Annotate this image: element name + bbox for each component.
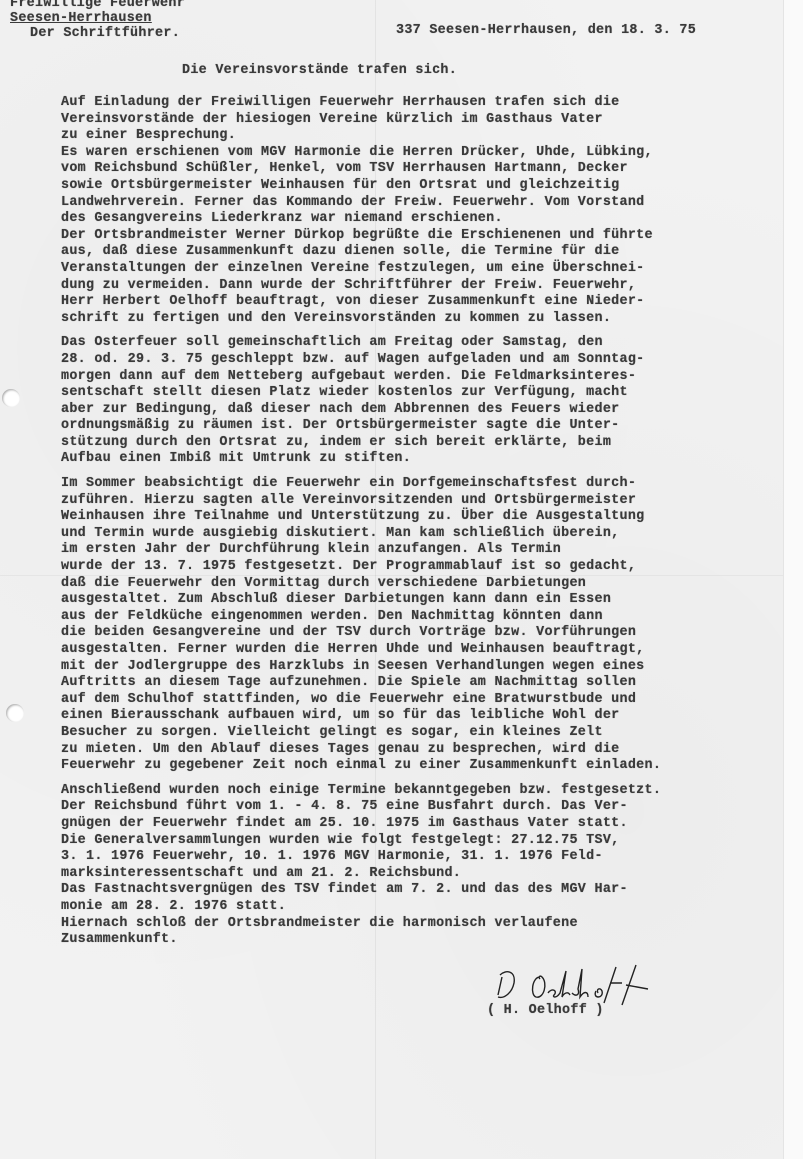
text-line: mit der Jodlergruppe des Harzklubs in Se…: [61, 659, 791, 676]
text-line: und Termin wurde ausgiebig diskutiert. M…: [61, 526, 791, 543]
text-line: gnügen der Feuerwehr findet am 25. 10. 1…: [61, 816, 791, 833]
author-role: Der Schriftführer.: [30, 26, 180, 42]
letter-body: Auf Einladung der Freiwilligen Feuerwehr…: [61, 95, 791, 957]
text-line: sowie Ortsbürgermeister Weinhausen für d…: [61, 178, 791, 195]
text-line: stützung durch den Ortsrat zu, indem er …: [61, 435, 791, 452]
paragraph: Das Osterfeuer soll gemeinschaftlich am …: [61, 335, 791, 468]
text-line: Herr Herbert Oelhoff beauftragt, von die…: [61, 294, 791, 311]
text-line: Weinhausen ihre Teilnahme und Unterstütz…: [61, 509, 791, 526]
paragraph: Im Sommer beabsichtigt die Feuerwehr ein…: [61, 476, 791, 775]
text-line: im ersten Jahr der Durchführung klein an…: [61, 542, 791, 559]
text-line: 28. od. 29. 3. 75 geschleppt bzw. auf Wa…: [61, 352, 791, 369]
text-line: einen Bierausschank aufbauen wird, um so…: [61, 708, 791, 725]
text-line: morgen dann auf dem Netteberg aufgebaut …: [61, 369, 791, 386]
text-line: Auf Einladung der Freiwilligen Feuerwehr…: [61, 95, 791, 112]
text-line: zu mieten. Um den Ablauf dieses Tages ge…: [61, 742, 791, 759]
text-line: Der Reichsbund führt vom 1. - 4. 8. 75 e…: [61, 799, 791, 816]
text-line: aus, daß diese Zusammenkunft dazu dienen…: [61, 244, 791, 261]
text-line: Im Sommer beabsichtigt die Feuerwehr ein…: [61, 476, 791, 493]
text-line: auf dem Schulhof stattfinden, wo die Feu…: [61, 692, 791, 709]
text-line: Landwehrverein. Ferner das Kommando der …: [61, 195, 791, 212]
document-title: Die Vereinsvorstände trafen sich.: [182, 63, 457, 78]
text-line: Der Ortsbrandmeister Werner Dürkop begrü…: [61, 228, 791, 245]
organization-place: Seesen-Herrhausen: [10, 11, 152, 27]
text-line: Das Fastnachtsvergnügen des TSV findet a…: [61, 882, 791, 899]
text-line: aber zur Bedingung, daß dieser nach dem …: [61, 402, 791, 419]
text-line: aus der Feldküche eingenommen werden. De…: [61, 609, 791, 626]
text-line: monie am 28. 2. 1976 statt.: [61, 899, 791, 916]
text-line: daß die Feuerwehr den Vormittag durch ve…: [61, 576, 791, 593]
text-line: Die Generalversammlungen wurden wie folg…: [61, 833, 791, 850]
text-line: Besucher zu sorgen. Vielleicht gelingt e…: [61, 725, 791, 742]
text-line: schrift zu fertigen und den Vereinsvorst…: [61, 311, 791, 328]
text-line: Feuerwehr zu gegebener Zeit noch einmal …: [61, 758, 791, 775]
text-line: die beiden Gesangvereine und der TSV dur…: [61, 625, 791, 642]
text-line: vom Reichsbund Schüßler, Henkel, vom TSV…: [61, 161, 791, 178]
text-line: Hiernach schloß der Ortsbrandmeister die…: [61, 916, 791, 933]
text-line: Das Osterfeuer soll gemeinschaftlich am …: [61, 335, 791, 352]
text-line: wurde der 13. 7. 1975 festgesetzt. Der P…: [61, 559, 791, 576]
text-line: marksinteressentschaft und am 21. 2. Rei…: [61, 866, 791, 883]
text-line: Auftritts an diesem Tage aufzunehmen. Di…: [61, 675, 791, 692]
text-line: Zusammenkunft.: [61, 932, 791, 949]
text-line: dung zu vermeiden. Dann wurde der Schrif…: [61, 278, 791, 295]
text-line: Veranstaltungen der einzelnen Vereine fe…: [61, 261, 791, 278]
text-line: zuführen. Hierzu sagten alle Vereinvorsi…: [61, 493, 791, 510]
text-line: ausgestaltet. Zum Abschluß dieser Darbie…: [61, 592, 791, 609]
text-line: ordnungsmäßig zu räumen ist. Der Ortsbür…: [61, 418, 791, 435]
text-line: Es waren erschienen vom MGV Harmonie die…: [61, 145, 791, 162]
place-date: 337 Seesen-Herrhausen, den 18. 3. 75: [396, 23, 696, 38]
text-line: zu einer Besprechung.: [61, 128, 791, 145]
punch-hole-icon: [6, 704, 24, 722]
paragraph: Anschließend wurden noch einige Termine …: [61, 783, 791, 949]
text-line: Vereinsvorstände der hiesiogen Vereine k…: [61, 112, 791, 129]
paragraph: Auf Einladung der Freiwilligen Feuerwehr…: [61, 95, 791, 327]
text-line: des Gesangvereins Liederkranz war nieman…: [61, 211, 791, 228]
text-line: sentschaft stellt diesen Platz wieder ko…: [61, 385, 791, 402]
text-line: ausgestalten. Ferner wurden die Herren U…: [61, 642, 791, 659]
punch-hole-icon: [2, 389, 20, 407]
typed-signature-name: ( H. Oelhoff ): [487, 1003, 604, 1018]
text-line: Aufbau einen Imbiß mit Umtrunk zu stifte…: [61, 451, 791, 468]
text-line: Anschließend wurden noch einige Termine …: [61, 783, 791, 800]
text-line: 3. 1. 1976 Feuerwehr, 10. 1. 1976 MGV Ha…: [61, 849, 791, 866]
